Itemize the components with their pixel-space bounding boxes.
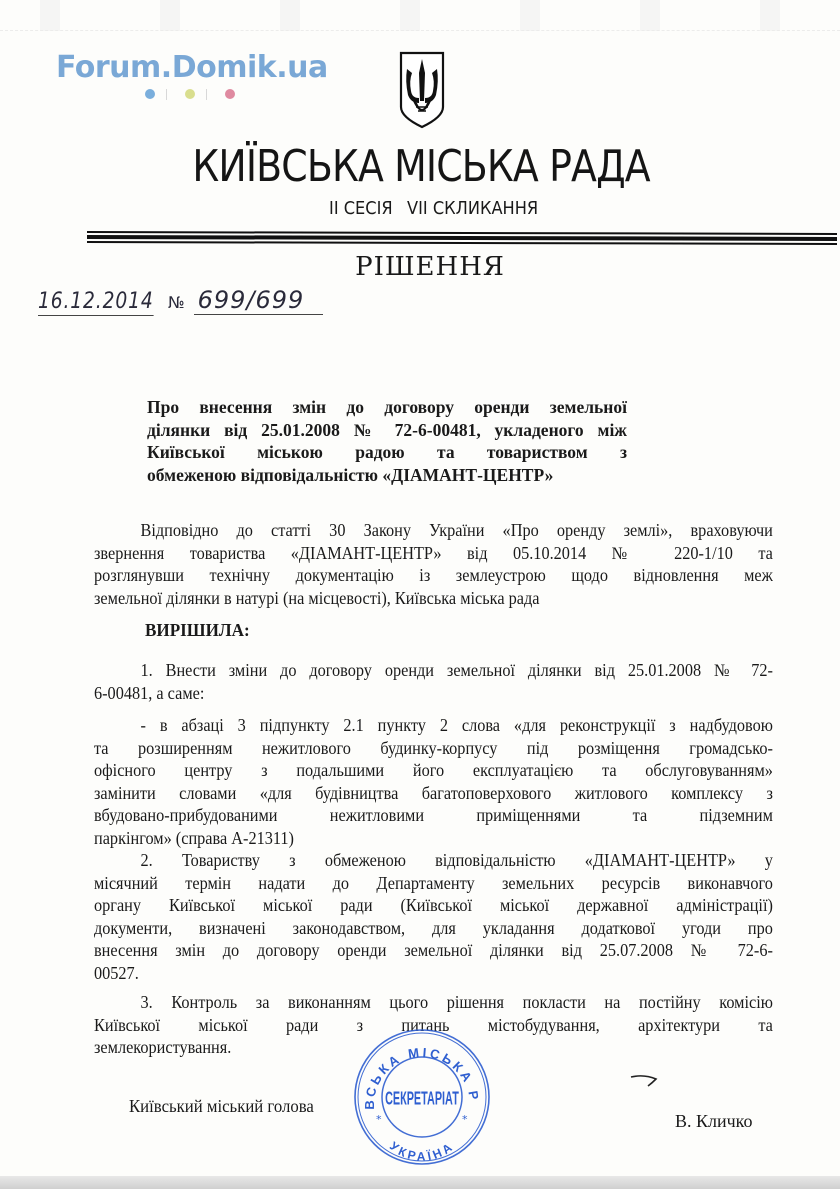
item-line: органу Київської міської ради (Київської… xyxy=(94,894,773,917)
item-2: 2. Товариству з обмеженою відповідальніс… xyxy=(94,849,773,985)
preamble-line: розглянувши технічну документацію із зем… xyxy=(94,564,773,587)
preamble-line: Відповідно до статті 30 Закону України «… xyxy=(94,519,773,542)
dot-blue xyxy=(145,89,155,99)
number-sign: № xyxy=(168,293,186,312)
preamble-line: звернення товариства «ДІАМАНТ-ЦЕНТР» від… xyxy=(94,542,773,565)
header-rule-thick xyxy=(87,235,837,241)
subject-line: обмеженою відповідальністю «ДІАМАНТ-ЦЕНТ… xyxy=(147,464,627,487)
item-line: замінити словами «для будівництва багато… xyxy=(94,782,773,805)
item-line: внесення змін до договору оренди земельн… xyxy=(94,939,773,962)
decision-number: 699/699 xyxy=(194,286,323,315)
subject-line: Про внесення змін до договору оренди зем… xyxy=(147,396,627,419)
preamble: Відповідно до статті 30 Закону України «… xyxy=(94,519,773,609)
item-line: - в абзаці 3 підпункту 2.1 пункту 2 слов… xyxy=(94,714,773,737)
secretariat-stamp: КИЇВСЬКА МІСЬКА РАДА УКРАЇНА * * СЕКРЕТА… xyxy=(352,1027,492,1167)
svg-text:*: * xyxy=(376,1113,382,1126)
item-line: офісного центру з подальшими його експлу… xyxy=(94,759,773,782)
decision-date: 16.12.2014 xyxy=(38,289,154,316)
handwritten-signature xyxy=(630,1074,660,1088)
session-number: II СЕСІЯ xyxy=(329,198,393,219)
header-rule-top xyxy=(87,231,837,234)
watermark-logo: Forum.Domik.ua xyxy=(56,50,328,85)
decision-subject: Про внесення змін до договору оренди зем… xyxy=(147,396,627,486)
dot-yellow xyxy=(185,89,195,99)
session-line: II СЕСІЯVII СКЛИКАННЯ xyxy=(43,198,812,219)
item-1-subclause: - в абзаці 3 підпункту 2.1 пункту 2 слов… xyxy=(94,714,773,850)
subject-line: Київської міською радою та товариством з xyxy=(147,441,627,464)
scan-top-edge xyxy=(0,0,840,31)
decided-heading: ВИРІШИЛА: xyxy=(145,620,250,641)
item-line: та розширенням нежитлового будинку-корпу… xyxy=(94,737,773,760)
signatory-title: Київський міський голова xyxy=(129,1096,314,1117)
trident-coat-of-arms-icon xyxy=(399,51,445,129)
item-line: 6-00481, а саме: xyxy=(94,682,773,705)
item-1: 1. Внести зміни до договору оренди земел… xyxy=(94,659,773,704)
item-line: 2. Товариству з обмеженою відповідальніс… xyxy=(94,849,773,872)
decision-date-number: 16.12.2014 № 699/699 xyxy=(38,286,323,316)
stamp-center-text: СЕКРЕТАРІАТ xyxy=(385,1089,459,1110)
council-title: КИЇВСЬКА МІСЬКА РАДА xyxy=(60,141,782,192)
item-line: документи, визначені законодавством, для… xyxy=(94,917,773,940)
convocation-number: VII СКЛИКАННЯ xyxy=(407,198,538,219)
scan-bottom-edge xyxy=(0,1176,840,1189)
watermark-dots xyxy=(145,89,245,101)
item-line: вбудовано-прибудованими нежитловими прим… xyxy=(94,804,773,827)
svg-text:*: * xyxy=(462,1113,468,1126)
preamble-line: земельної ділянки в натурі (на місцевост… xyxy=(94,587,773,610)
item-line: 1. Внести зміни до договору оренди земел… xyxy=(94,659,773,682)
subject-line: ділянки від 25.01.2008 № 72-6-00481, укл… xyxy=(147,419,627,442)
item-line: місячний термін надати до Департаменту з… xyxy=(94,872,773,895)
item-line: 3. Контроль за виконанням цього рішення … xyxy=(94,991,773,1014)
document-type: РІШЕННЯ xyxy=(0,252,840,282)
header-rule-bottom xyxy=(87,241,837,244)
item-line: 00527. xyxy=(94,962,773,985)
dot-pink xyxy=(225,89,235,99)
item-line: паркінгом» (справа А-21311) xyxy=(94,827,773,850)
signatory-name: В. Кличко xyxy=(675,1111,753,1132)
